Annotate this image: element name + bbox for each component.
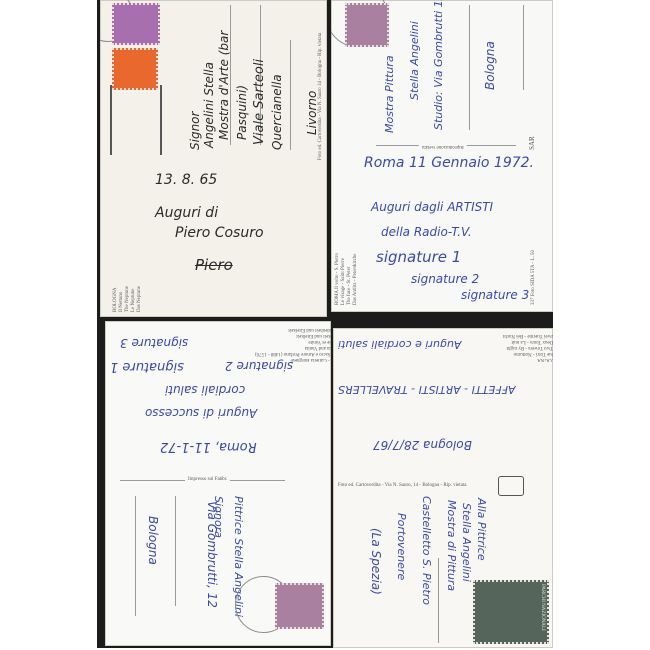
signature-3: signature 3 (120, 336, 188, 350)
caption-line: ROMA - Galleria Borghese (255, 356, 331, 362)
caption-line: Sittsamkeit und Eitelkeit (255, 332, 331, 338)
purple-stamp (112, 3, 160, 45)
publisher-mark: SAR (529, 136, 535, 150)
signature-3: signature 3 (461, 288, 529, 302)
parchi-nazionali-stamp: PARCHI NAZIONALI (473, 580, 549, 644)
address-line (438, 558, 439, 643)
message-line-2: AFFETTI - ARTISTI - TRAVELLERS (338, 383, 515, 396)
cancellation-wavy-lines (110, 85, 162, 155)
address-line-3: Mostra d'Arte (bar (217, 31, 231, 140)
address-line-4: Castelletto S. Pietro (420, 496, 433, 605)
printed-caption: BOLOGNA Il Nettuno The Neptune Le Neptun… (113, 286, 143, 312)
caption-line: BOLOGNA (503, 356, 553, 362)
address-line-5: Portovenere (395, 513, 408, 580)
message-line-2: della Radio-T.V. (381, 225, 472, 239)
caption-line: Bescheidenheit und Eitelkeit (255, 326, 331, 332)
postcard-top-left: Signor Angelini Stella Mostra d'Arte (ba… (100, 0, 327, 317)
address-line-2: Stella Angelini (460, 503, 473, 582)
footer-line: Impresso sul Fabbr. (185, 477, 230, 483)
signature-2: signature 2 (411, 272, 479, 286)
signature-1: signature 1 (110, 359, 184, 374)
address-line (290, 40, 291, 150)
printed-caption: BOLOGNA Le Due Torri - Notturno The Two … (503, 332, 553, 362)
signature-1: signature 1 (376, 248, 461, 266)
date-line: Roma 11 Gennaio 1972. (364, 155, 534, 171)
message-line-1: Auguri e cordiali saluti (338, 338, 461, 351)
address-line-1: Signor (188, 112, 202, 150)
caption-line: Modestie et Vanite (255, 338, 331, 344)
message-line-2: cordiali saluti (165, 383, 245, 397)
message-line-1: Auguri dagli ARTISTI (371, 200, 493, 214)
address-line-4: Bologna (146, 516, 160, 565)
caption-line: Amore Sacro e Amore Profano (1488 - 1576… (255, 350, 331, 356)
address-line (469, 5, 470, 130)
date-line: Roma, 11-1-72 (160, 439, 257, 454)
address-line-3: Studio: Via Gombrutti 12 (432, 0, 445, 130)
address-line-4: Bologna (483, 41, 497, 90)
header-line: Riproduzione vietata (419, 143, 467, 149)
address-line-6: Quercianella (270, 74, 284, 150)
postcard-top-right: Mostra Pittura Stella Angelini Studio: V… (331, 0, 553, 312)
address-line (523, 5, 524, 90)
address-line-1: Mostra Pittura (383, 55, 396, 133)
address-line-2: Stella Angelini (408, 21, 421, 100)
address-line-4: Pasquini) (235, 85, 249, 140)
postcard-bottom-left: Roma, 11-1-72 Auguri di successo cordial… (105, 321, 331, 646)
orange-stamp (112, 48, 158, 90)
date: 13. 8. 65 (155, 172, 217, 188)
publisher-logo-icon (498, 476, 524, 496)
caption-line: The Two Towers - By night (503, 344, 553, 350)
postcard-bottom-right: Auguri e cordiali saluti AFFETTI - ARTIS… (333, 328, 553, 648)
caption-line: Die zwei Tuerme - Bei Nacht (503, 332, 553, 338)
caption-line: Das Neptune (137, 286, 143, 312)
publisher-line: Foto ed. Cartoverdita - Via N. Sauro, 14… (338, 483, 466, 489)
printed-caption: ROMA Il volto - S. Pietro Le visage - Sa… (335, 253, 359, 305)
address-line (135, 496, 136, 616)
message-line-1: Auguri di successo (145, 406, 257, 420)
printed-caption: ROMA - Galleria Borghese Amore Sacro e A… (255, 326, 331, 362)
date-line: Bologna 28/7/67 (373, 438, 472, 452)
lilac-stamp (275, 583, 324, 629)
signature: Piero (195, 256, 233, 274)
address-line-3: Mostra di Pittura (445, 500, 458, 591)
address-line-5: Viale Sarteoli (252, 59, 267, 145)
message-line-2: Piero Cosuro (175, 225, 264, 241)
lilac-stamp (345, 3, 389, 47)
message-line-1: Auguri di (155, 205, 218, 221)
address-line-3: Via Gombrutti, 12 (205, 501, 219, 608)
address-line-1: Alla Pittrice (475, 498, 488, 561)
caption-line: Das Antlitz - Peterskirche (353, 253, 359, 305)
address-line (175, 496, 176, 606)
address-line-7: Livorno (305, 91, 319, 135)
address-line-2: Angelini Stella (202, 62, 216, 148)
publisher-line: Foto ed. Cartoverdita - Via N. Sauro 14 … (318, 33, 324, 160)
address-line-6: (La Spezia) (369, 528, 383, 595)
catalog-line: 337 Foto SIDA 5TA - L. 50 (531, 250, 537, 305)
stamp-text: PARCHI NAZIONALI (539, 584, 545, 631)
caption-line: Le Due Torri - Notturno (503, 350, 553, 356)
